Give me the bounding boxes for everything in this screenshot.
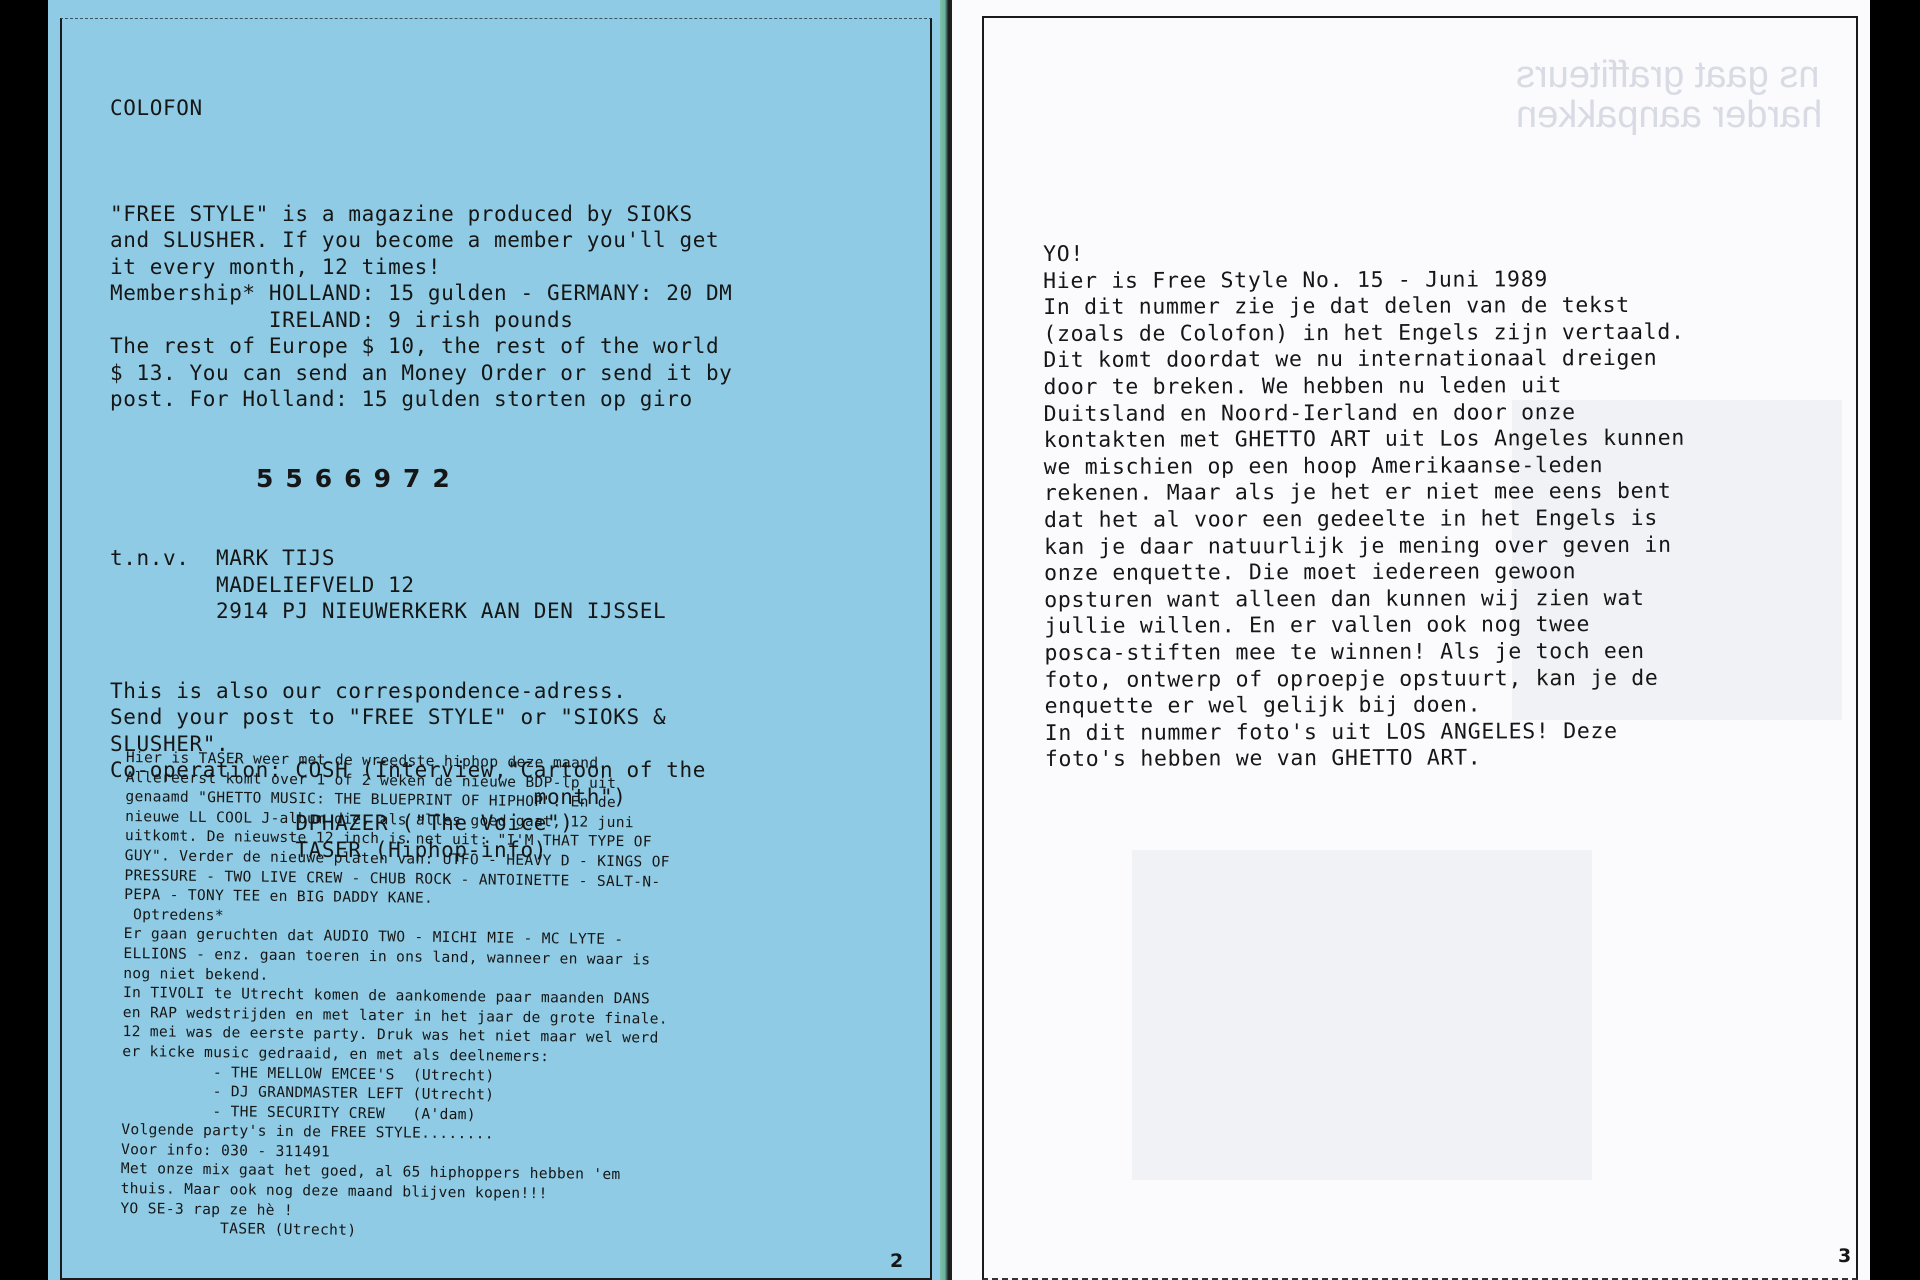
text-line: enquette er wel gelijk bij doen. xyxy=(1045,692,1686,721)
colofon-body: "FREE STYLE" is a magazine produced by S… xyxy=(110,201,732,413)
text-line: rekenen. Maar als je het er niet mee een… xyxy=(1044,479,1685,508)
text-line: This is also our correspondence-adress. xyxy=(110,678,732,705)
magazine-spine xyxy=(940,0,952,1280)
page-number-left: 2 xyxy=(890,1250,903,1272)
text-line: posca-stiften mee te winnen! Als je toch… xyxy=(1044,639,1685,668)
text-line: jullie willen. En er vallen ook nog twee xyxy=(1044,612,1685,641)
text-line: Dit komt doordat we nu internationaal dr… xyxy=(1043,346,1684,375)
editorial-text: YO!Hier is Free Style No. 15 - Juni 1989… xyxy=(1043,240,1686,774)
text-line: In dit nummer foto's uit LOS ANGELES! De… xyxy=(1045,718,1686,747)
page-number-right: 3 xyxy=(1838,1245,1851,1267)
text-line: YO! xyxy=(1043,240,1684,269)
text-line: Send your post to "FREE STYLE" or "SIOKS… xyxy=(110,704,732,731)
text-line: Duitsland en Noord-Ierland en door onze xyxy=(1044,399,1685,428)
taser-hiphop-column: Hier is TASER weer met de wreedste hipho… xyxy=(120,748,671,1244)
text-line: "FREE STYLE" is a magazine produced by S… xyxy=(110,201,732,228)
text-line: door te breken. We hebben nu leden uit xyxy=(1043,373,1684,402)
text-line: (zoals de Colofon) in het Engels zijn ve… xyxy=(1043,320,1684,349)
text-line: The rest of Europe $ 10, the rest of the… xyxy=(110,333,732,360)
text-line: foto, ontwerp of oproepje opstuurt, kan … xyxy=(1044,665,1685,694)
text-line: IRELAND: 9 irish pounds xyxy=(110,307,732,334)
text-line: In dit nummer zie je dat delen van de te… xyxy=(1043,293,1684,322)
text-line: we mischien op een hoop Amerikaanse-lede… xyxy=(1044,453,1685,482)
text-line: Membership* HOLLAND: 15 gulden - GERMANY… xyxy=(110,280,732,307)
text-line: and SLUSHER. If you become a member you'… xyxy=(110,227,732,254)
text-line: Hier is Free Style No. 15 - Juni 1989 xyxy=(1043,266,1684,295)
text-line: kan je daar natuurlijk je mening over ge… xyxy=(1044,532,1685,561)
giro-number: 5566972 xyxy=(110,466,732,493)
text-line: foto's hebben we van GHETTO ART. xyxy=(1045,745,1686,774)
address-line: t.n.v. MARK TIJS xyxy=(110,545,732,572)
text-line: opsturen want alleen dan kunnen wij zien… xyxy=(1044,585,1685,614)
text-line: onze enquette. Die moet iedereen gewoon xyxy=(1044,559,1685,588)
text-line: $ 13. You can send an Money Order or sen… xyxy=(110,360,732,387)
text-line: kontakten met GHETTO ART uit Los Angeles… xyxy=(1044,426,1685,455)
text-line: post. For Holland: 15 gulden storten op … xyxy=(110,386,732,413)
colofon-title: COLOFON xyxy=(110,95,732,122)
address-line: 2914 PJ NIEUWERKERK AAN DEN IJSSEL xyxy=(110,598,732,625)
text-line: dat het al voor een gedeelte in het Enge… xyxy=(1044,506,1685,535)
address-line: MADELIEFVELD 12 xyxy=(110,572,732,599)
text-line: it every month, 12 times! xyxy=(110,254,732,281)
postal-address: t.n.v. MARK TIJS MADELIEFVELD 12 2914 PJ… xyxy=(110,545,732,625)
